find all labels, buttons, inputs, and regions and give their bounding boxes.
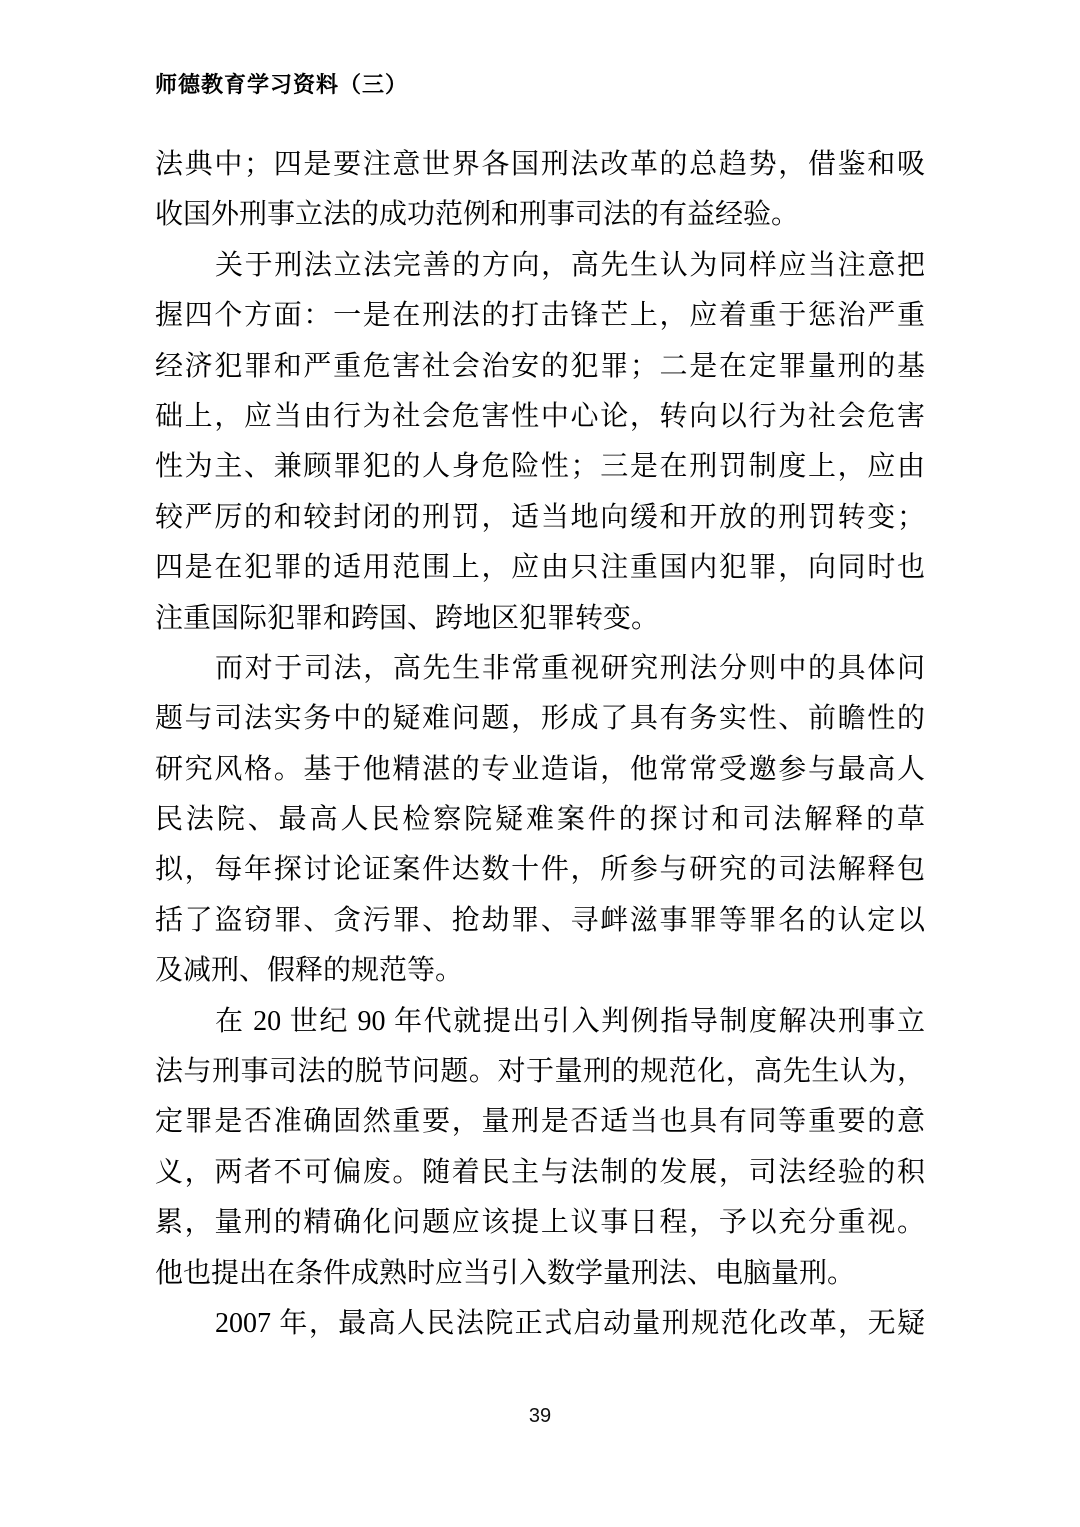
document-page: 师德教育学习资料（三） 法典中；四是要注意世界各国刑法改革的总趋势，借鉴和吸收国… (0, 0, 1080, 1527)
text-line: 较严厉的和较封闭的刑罚，适当地向缓和开放的刑罚转变； (155, 493, 925, 543)
text-line: 握四个方面：一是在刑法的打击锋芒上，应着重于惩治严重 (155, 291, 925, 341)
text-line: 2007 年，最高人民法院正式启动量刑规范化改革，无疑 (155, 1299, 925, 1349)
text-line: 性为主、兼顾罪犯的人身危险性；三是在刑罚制度上，应由 (155, 442, 925, 492)
text-line: 累，量刑的精确化问题应该提上议事日程，予以充分重视。 (155, 1198, 925, 1248)
text-line: 法典中；四是要注意世界各国刑法改革的总趋势，借鉴和吸 (155, 140, 925, 190)
document-body: 法典中；四是要注意世界各国刑法改革的总趋势，借鉴和吸收国外刑事立法的成功范例和刑… (155, 140, 925, 1349)
text-line: 他也提出在条件成熟时应当引入数学量刑法、电脑量刑。 (155, 1249, 925, 1299)
text-line: 及减刑、假释的规范等。 (155, 946, 925, 996)
text-line: 法与刑事司法的脱节问题。对于量刑的规范化，高先生认为， (155, 1047, 925, 1097)
text-line: 而对于司法，高先生非常重视研究刑法分则中的具体问 (155, 644, 925, 694)
text-line: 定罪是否准确固然重要，量刑是否适当也具有同等重要的意 (155, 1097, 925, 1147)
text-line: 题与司法实务中的疑难问题，形成了具有务实性、前瞻性的 (155, 694, 925, 744)
text-line: 收国外刑事立法的成功范例和刑事司法的有益经验。 (155, 190, 925, 240)
text-line: 在 20 世纪 90 年代就提出引入判例指导制度解决刑事立 (155, 997, 925, 1047)
text-line: 研究风格。基于他精湛的专业造诣，他常常受邀参与最高人 (155, 745, 925, 795)
text-line: 四是在犯罪的适用范围上，应由只注重国内犯罪，向同时也 (155, 543, 925, 593)
text-line: 民法院、最高人民检察院疑难案件的探讨和司法解释的草 (155, 795, 925, 845)
text-line: 注重国际犯罪和跨国、跨地区犯罪转变。 (155, 594, 925, 644)
text-line: 义，两者不可偏废。随着民主与法制的发展，司法经验的积 (155, 1148, 925, 1198)
document-header-title: 师德教育学习资料（三） (155, 68, 408, 99)
text-line: 关于刑法立法完善的方向，高先生认为同样应当注意把 (155, 241, 925, 291)
page-number: 39 (0, 1405, 1080, 1428)
text-line: 础上，应当由行为社会危害性中心论，转向以行为社会危害 (155, 392, 925, 442)
text-line: 括了盗窃罪、贪污罪、抢劫罪、寻衅滋事罪等罪名的认定以 (155, 896, 925, 946)
text-line: 拟，每年探讨论证案件达数十件，所参与研究的司法解释包 (155, 845, 925, 895)
text-line: 经济犯罪和严重危害社会治安的犯罪；二是在定罪量刑的基 (155, 342, 925, 392)
